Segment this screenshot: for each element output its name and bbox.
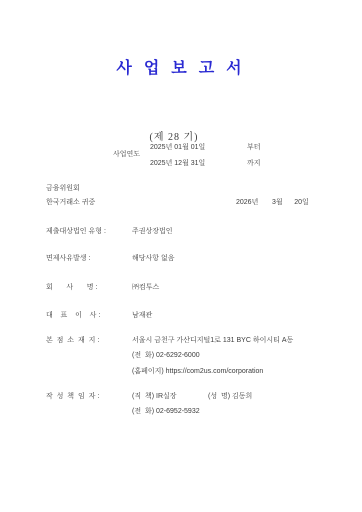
recipient-financial-commission: 금융위원회 <box>46 185 80 193</box>
head-office-label: 본 점 소 재 지 : <box>46 337 99 345</box>
exemption-value: 해당사항 없음 <box>132 255 175 263</box>
submission-date: 2026년 3월 20일 <box>236 199 309 207</box>
report-cover-page: 사 업 보 고 서 (제 28 기) 사업연도 2025년 01월 01일 부터… <box>0 0 362 512</box>
fiscal-year-end-date: 2025년 12월 31일 <box>150 160 205 168</box>
ceo-value: 남재관 <box>132 312 152 320</box>
fiscal-year-start-marker: 부터 <box>247 144 261 152</box>
author-label: 작 성 책 임 자 : <box>46 393 99 401</box>
ceo-label: 대 표 이 사 : <box>46 312 100 320</box>
report-term: (제 28 기) <box>0 128 348 143</box>
fiscal-year-start-date: 2025년 01월 01일 <box>150 144 205 152</box>
author-name: (성 명) 김동희 <box>208 393 252 401</box>
fiscal-year-end-marker: 까지 <box>247 160 261 168</box>
author-phone: (전 화) 02-6952-5932 <box>132 408 200 416</box>
recipient-korea-exchange: 한국거래소 귀중 <box>46 199 95 207</box>
company-name-label: 회 사 명 : <box>46 284 97 292</box>
document-title: 사 업 보 고 서 <box>0 55 362 78</box>
author-position: (직 책) IR실장 <box>132 393 177 401</box>
exemption-label: 면제사유발생 : <box>46 255 90 263</box>
company-type-value: 주권상장법인 <box>132 228 173 236</box>
head-office-phone: (전 화) 02-6292-6000 <box>132 352 200 360</box>
fiscal-year-label: 사업연도 <box>113 151 140 159</box>
head-office-address: 서울시 금천구 가산디지털1로 131 BYC 하이시티 A동 <box>132 337 293 345</box>
head-office-homepage: (홈페이지) https://com2us.com/corporation <box>132 368 263 376</box>
company-name-value: ㈜컴투스 <box>132 284 159 292</box>
company-type-label: 제출대상법인 유형 : <box>46 228 106 236</box>
